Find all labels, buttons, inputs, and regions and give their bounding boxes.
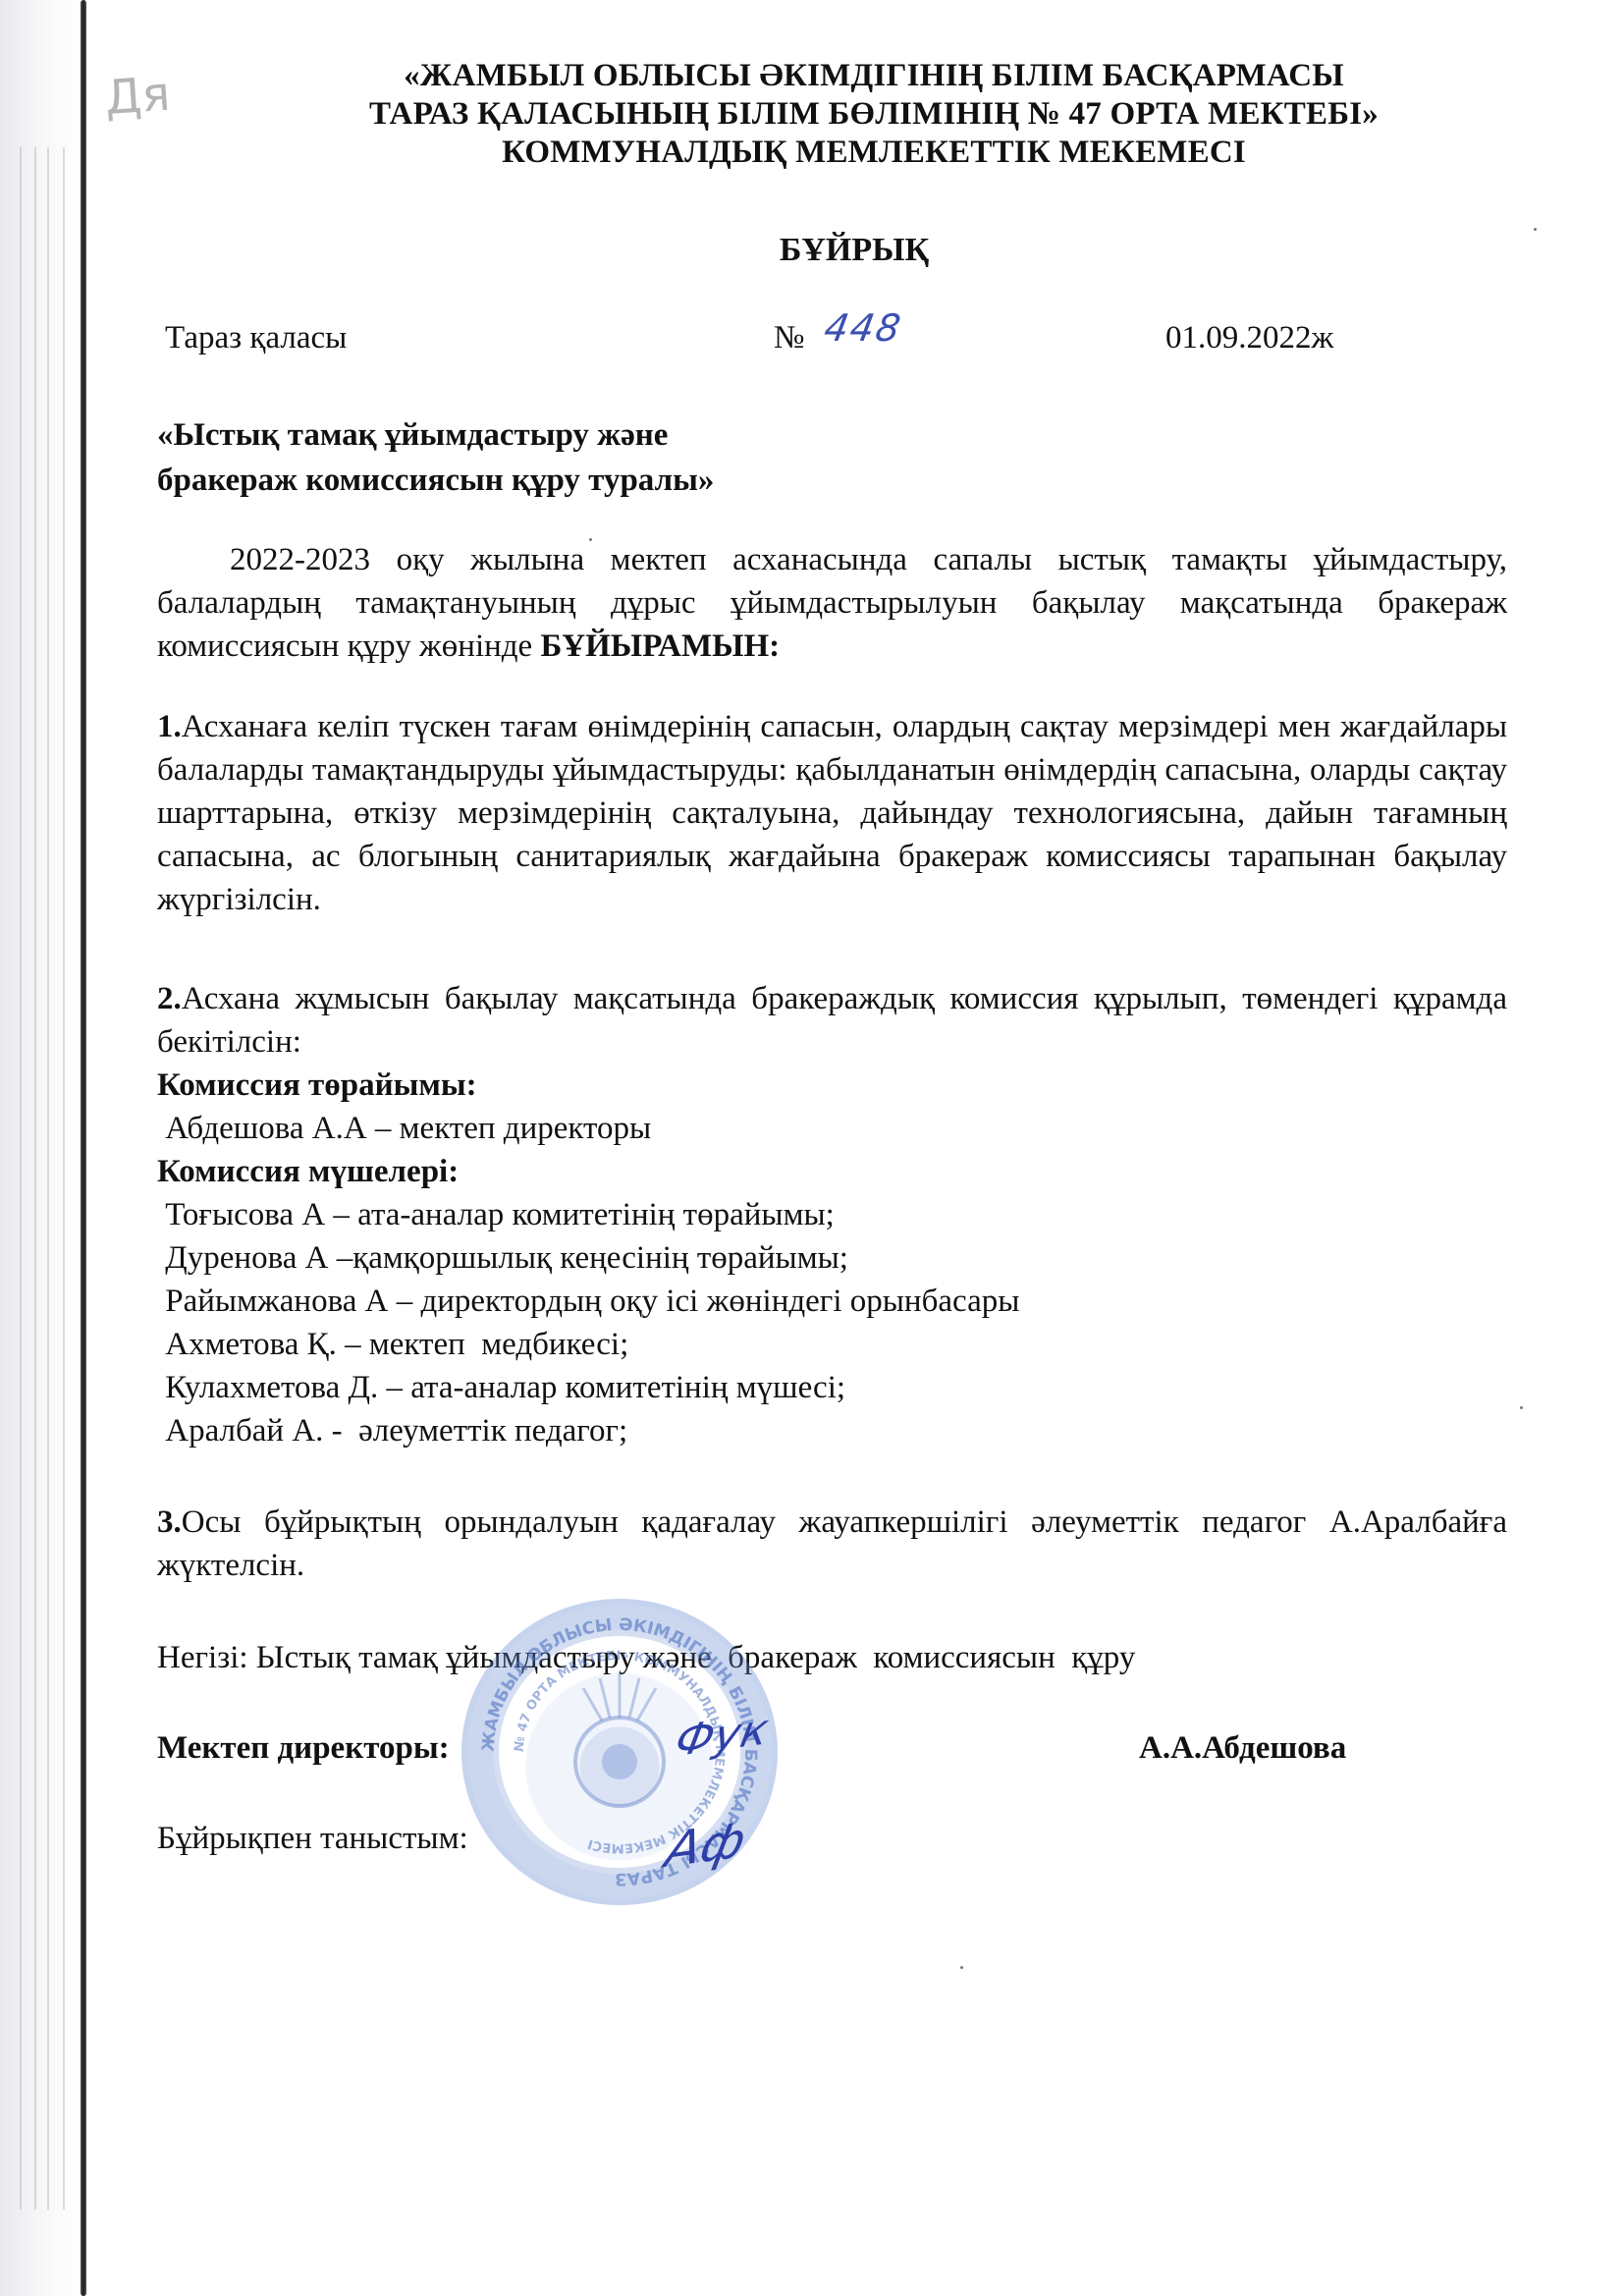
scan-dust	[960, 1966, 963, 1969]
scan-streak	[47, 147, 49, 2210]
subject-line-1: «Ыстық тамақ ұйымдастыру және	[157, 412, 714, 458]
header-line-1: «ЖАМБЫЛ ОБЛЫСЫ ӘКІМДІГІНІҢ БІЛІМ БАСҚАРМ…	[236, 57, 1512, 95]
scan-streak	[63, 147, 65, 2210]
item-3-number: 3.	[157, 1504, 182, 1540]
scan-dust	[589, 538, 592, 541]
acknowledged-label: Бұйрықпен таныстым:	[157, 1817, 468, 1860]
order-date: 01.09.2022ж	[1165, 320, 1333, 356]
scan-dust	[1520, 1406, 1523, 1409]
preamble-text: 2022-2023 оқу жылына мектеп асханасында …	[157, 542, 1507, 664]
subject-line-2: бракераж комиссиясын құру туралы»	[157, 458, 714, 503]
preamble-paragraph: 2022-2023 оқу жылына мектеп асханасында …	[157, 538, 1507, 668]
commission-members-heading: Комиссия мүшелері:	[157, 1150, 459, 1193]
order-number-handwritten: 448	[821, 306, 905, 350]
item-3-paragraph: 3.Осы бұйрықтың орындалуын қадағалау жау…	[157, 1501, 1507, 1587]
item-1-number: 1.	[157, 709, 182, 744]
order-title: БҰЙРЫҚ	[157, 232, 1551, 269]
scan-dust	[1534, 228, 1537, 231]
commission-member: Ахметова Қ. – мектеп медбикесі;	[157, 1323, 628, 1366]
scan-streak	[34, 147, 36, 2210]
commission-member: Аралбай А. - әлеуметтік педагог;	[157, 1409, 627, 1452]
item-2-paragraph: 2.Асхана жұмысын бақылау мақсатында брак…	[157, 977, 1507, 1064]
item-1-text: Асханаға келіп түскен тағам өнімдерінің …	[157, 709, 1507, 917]
commission-member: Тоғысова А – ата-аналар комитетінің төра…	[157, 1193, 835, 1236]
item-2-text: Асхана жұмысын бақылау мақсатында бракер…	[157, 981, 1507, 1060]
preamble-emphasis: БҰЙЫРАМЫН:	[540, 629, 780, 664]
signature-name: А.А.Абдешова	[1139, 1726, 1346, 1770]
commission-member: Дуренова А –қамқоршылық кеңесінің төрайы…	[157, 1236, 848, 1280]
item-1-paragraph: 1.Асханаға келіп түскен тағам өнімдеріні…	[157, 705, 1507, 921]
header-line-3: КОММУНАЛДЫҚ МЕМЛЕКЕТТІК МЕКЕМЕСІ	[236, 134, 1512, 172]
item-2-number: 2.	[157, 981, 182, 1016]
order-number-label: №	[774, 320, 805, 356]
order-city: Тараз қаласы	[165, 320, 347, 356]
scan-streak	[20, 147, 22, 2210]
institution-header: «ЖАМБЫЛ ОБЛЫСЫ ӘКІМДІГІНІҢ БІЛІМ БАСҚАРМ…	[236, 57, 1512, 172]
signature-role: Мектеп директоры:	[157, 1726, 450, 1770]
commission-member: Райымжанова А – директордың оқу ісі жөні…	[157, 1280, 1019, 1323]
commission-member: Кулахметова Д. – ата-аналар комитетінің …	[157, 1366, 845, 1409]
scan-left-edge	[0, 0, 79, 2296]
binding-line	[81, 0, 86, 2296]
commission-chair: Абдешова А.А – мектеп директоры	[157, 1107, 651, 1150]
margin-handwritten-mark: Дя	[103, 67, 168, 159]
commission-chair-heading: Комиссия төрайымы:	[157, 1064, 477, 1107]
header-line-2: ТАРАЗ ҚАЛАСЫНЫҢ БІЛІМ БӨЛІМІНІҢ № 47 ОРТ…	[236, 95, 1512, 134]
item-3-text: Осы бұйрықтың орындалуын қадағалау жауап…	[157, 1504, 1507, 1583]
order-subject: «Ыстық тамақ ұйымдастыру және бракераж к…	[157, 412, 714, 503]
